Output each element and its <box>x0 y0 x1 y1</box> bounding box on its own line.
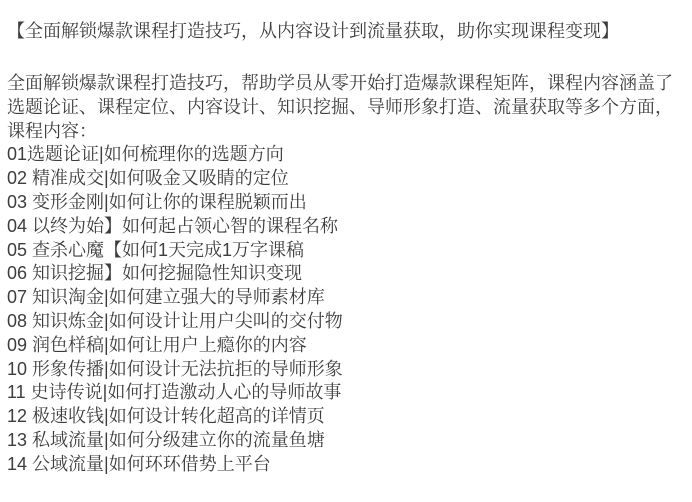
course-list: 01选题论证|如何梳理你的选题方向 02 精准成交|如何吸金又吸睛的定位 03 … <box>7 143 684 476</box>
course-item: 12 极速收钱|如何设计转化超高的详情页 <box>7 405 684 429</box>
course-description: 全面解锁爆款课程打造技巧，帮助学员从零开始打造爆款课程矩阵，课程内容涵盖了 选题… <box>7 72 684 143</box>
course-item: 14 公域流量|如何环环借势上平台 <box>7 453 684 477</box>
course-item: 13 私域流量|如何分级建立你的流量鱼塘 <box>7 429 684 453</box>
description-line: 全面解锁爆款课程打造技巧，帮助学员从零开始打造爆款课程矩阵，课程内容涵盖了 <box>7 72 684 96</box>
course-item: 01选题论证|如何梳理你的选题方向 <box>7 143 684 167</box>
course-item: 11 史诗传说|如何打造激动人心的导师故事 <box>7 381 684 405</box>
course-item: 03 变形金刚|如何让你的课程脱颖而出 <box>7 191 684 215</box>
document-content: 【全面解锁爆款课程打造技巧，从内容设计到流量获取，助你实现课程变现】 全面解锁爆… <box>0 0 692 477</box>
course-item: 10 形象传播|如何设计无法抗拒的导师形象 <box>7 358 684 382</box>
document-page: 【全面解锁爆款课程打造技巧，从内容设计到流量获取，助你实现课程变现】 全面解锁爆… <box>0 0 692 502</box>
course-item: 02 精准成交|如何吸金又吸睛的定位 <box>7 167 684 191</box>
course-item: 09 润色样稿|如何让用户上瘾你的内容 <box>7 334 684 358</box>
course-item: 06 知识挖掘】如何挖掘隐性知识变现 <box>7 262 684 286</box>
course-item: 04 以终为始】如何起占领心智的课程名称 <box>7 215 684 239</box>
description-heading: 课程内容： <box>7 120 684 144</box>
description-line: 选题论证、课程定位、内容设计、知识挖掘、导师形象打造、流量获取等多个方面， <box>7 96 684 120</box>
course-item: 05 查杀心魔【如何1天完成1万字课稿 <box>7 239 684 263</box>
course-item: 07 知识淘金|如何建立强大的导师素材库 <box>7 286 684 310</box>
document-title: 【全面解锁爆款课程打造技巧，从内容设计到流量获取，助你实现课程变现】 <box>7 19 684 43</box>
course-item: 08 知识炼金|如何设计让用户尖叫的交付物 <box>7 310 684 334</box>
